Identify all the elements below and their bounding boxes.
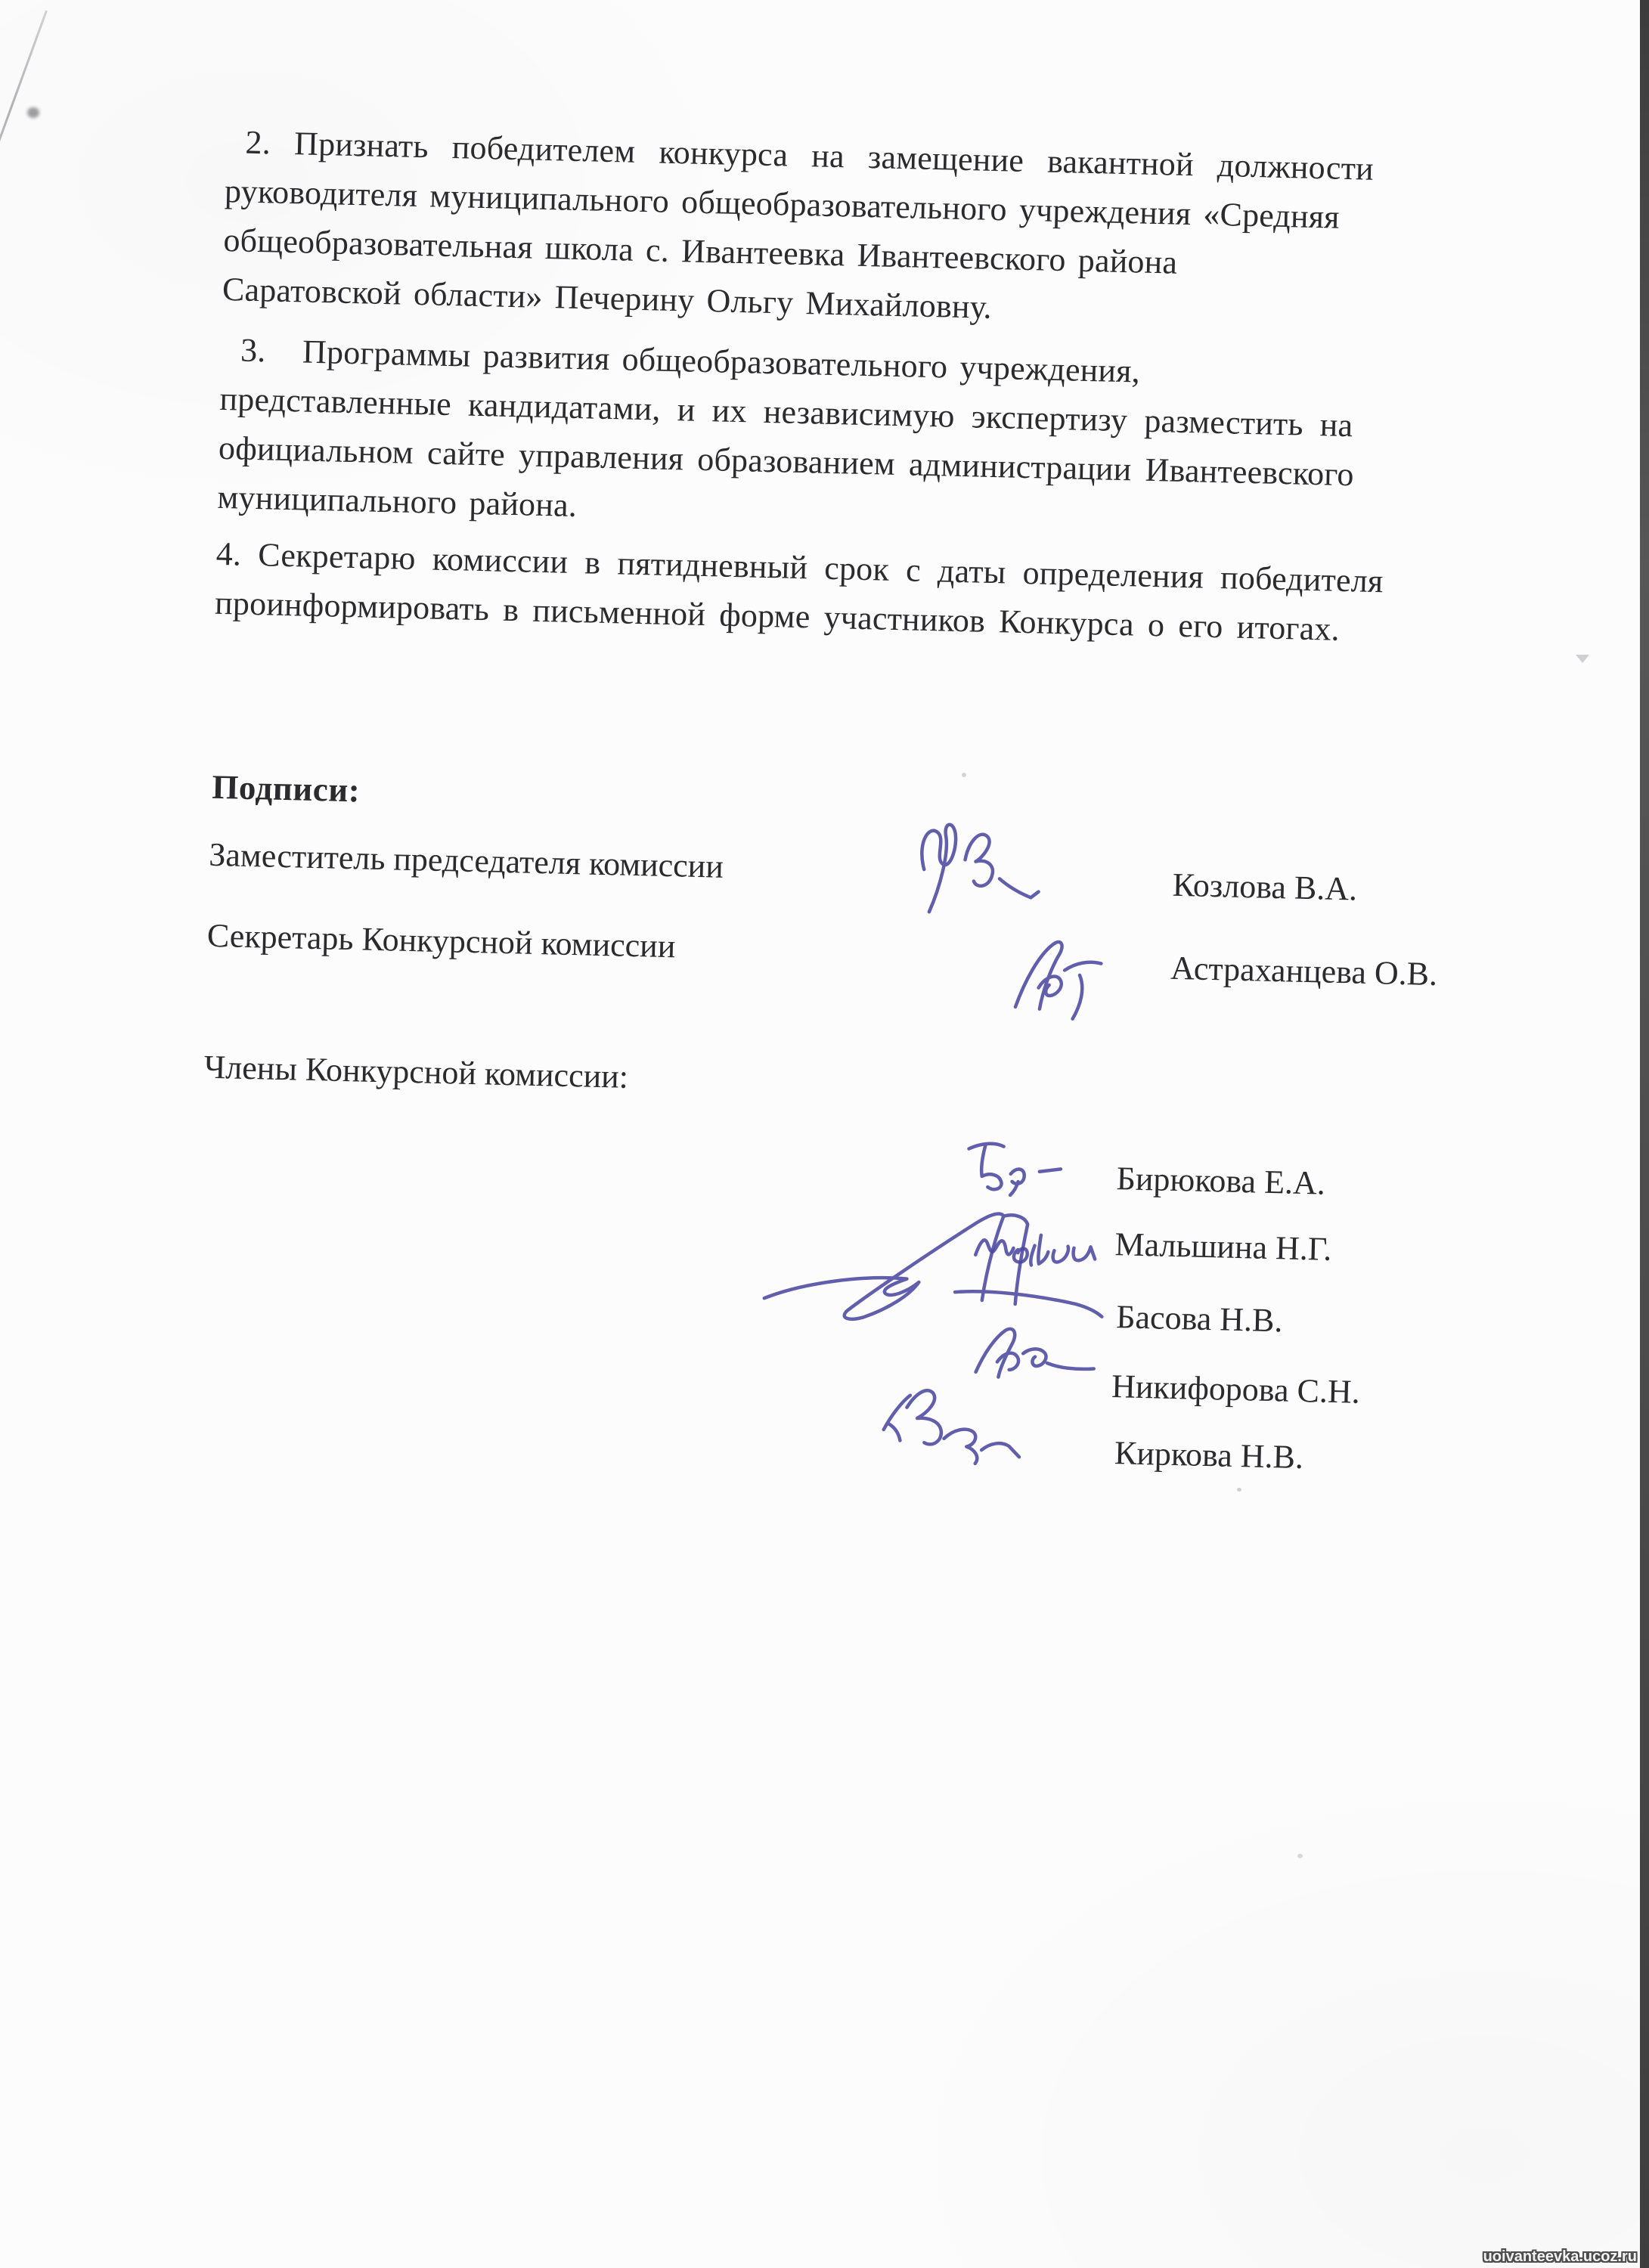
signer-name: Астраханцева О.В. — [1170, 949, 1438, 993]
signer-name: Басова Н.В. — [1116, 1297, 1283, 1340]
ink-stroke — [1015, 941, 1102, 1020]
scan-artifact-dot — [27, 107, 39, 118]
signer-role: Заместитель председателя комиссии — [209, 835, 724, 886]
paragraph-4: 4. Секретарю комиссии в пятидневный срок… — [215, 529, 1506, 658]
ink-stroke — [975, 1328, 1094, 1380]
signer-name: Бирюкова Е.А. — [1116, 1159, 1325, 1202]
paragraph-2: 2. Признать победителем конкурса на заме… — [222, 117, 1515, 344]
signer-name: Киркова Н.В. — [1114, 1433, 1304, 1476]
signature-ink-astrakhantseva — [1005, 937, 1124, 1024]
signature-ink-kozlova — [905, 816, 1059, 918]
scanned-page: 2. Признать победителем конкурса на заме… — [0, 0, 1649, 2268]
signer-name: Мальшина Н.Г. — [1114, 1225, 1332, 1269]
ink-stroke — [920, 824, 1040, 915]
signature-ink-nikiforova — [968, 1324, 1098, 1383]
scan-artifact-fold-line — [0, 10, 48, 190]
ink-stroke — [883, 1390, 1021, 1464]
document-body: 2. Признать победителем конкурса на заме… — [190, 98, 1558, 1717]
signer-name: Козлова В.А. — [1172, 866, 1357, 909]
scan-artifact-speck — [1576, 655, 1589, 663]
scan-artifact-speck — [1297, 1854, 1303, 1858]
ink-stroke — [968, 1143, 1062, 1196]
signer-role: Секретарь Конкурсной комиссии — [206, 916, 676, 966]
members-heading: Члены Конкурсной комиссии: — [203, 1048, 628, 1096]
signatures-heading: Подписи: — [212, 767, 361, 810]
signature-ink-biryukova — [957, 1136, 1072, 1198]
site-watermark: uoivanteevka.ucoz.ru — [1483, 2248, 1637, 2266]
scan-edge-strip — [1640, 0, 1649, 2268]
ink-stroke — [764, 1208, 1104, 1325]
signer-name: Никифорова С.Н. — [1111, 1367, 1361, 1411]
paragraph-3: 3. Программы развития общеобразовательно… — [217, 325, 1511, 552]
signature-ink-kirkova — [868, 1384, 1051, 1468]
